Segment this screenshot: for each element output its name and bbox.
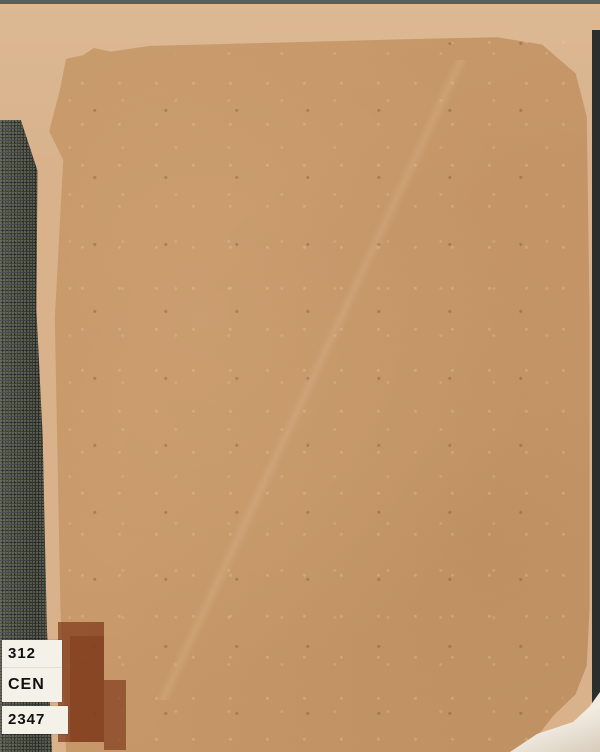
- call-number-class: 312: [2, 640, 62, 668]
- tape-patch: [104, 680, 126, 750]
- cover-crease: [60, 60, 580, 700]
- scanned-book-cover: 312 CEN 2347: [0, 0, 600, 752]
- call-number-author: CEN: [2, 668, 62, 702]
- tape-patch: [70, 636, 104, 742]
- call-number-accession: 2347: [2, 706, 68, 734]
- scan-background-right: [592, 30, 600, 752]
- call-number-label: 312 CEN 2347: [0, 640, 70, 734]
